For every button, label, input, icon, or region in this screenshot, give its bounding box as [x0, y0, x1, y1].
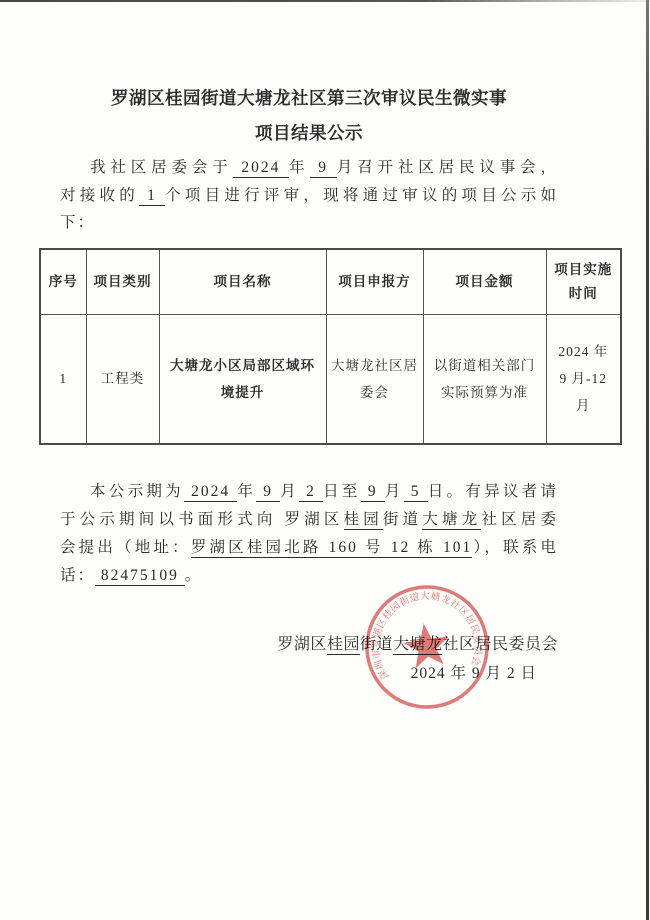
text-segment: 月	[385, 483, 404, 500]
header-cell-category: 项目类别	[86, 249, 159, 315]
scan-edge-top	[0, 0, 650, 2]
cell-amount: 以街道相关部门实际预算为准	[423, 314, 546, 444]
document-content: 罗湖区桂园街道大塘龙社区第三次审议民生微实事 项目结果公示 我社区居委会于 20…	[0, 0, 650, 685]
text-segment: 对接收的	[60, 187, 139, 204]
official-seal: 深圳市罗湖区桂园街道大塘龙社区居民委员会	[342, 562, 511, 731]
cell-time: 2024 年 9 月-12 月	[546, 314, 621, 444]
text-segment: 会提出（地址：	[60, 539, 191, 556]
text-segment: 本公示期为	[90, 483, 184, 500]
underlined-segment: 大塘龙	[422, 511, 481, 530]
doc-title-line2: 项目结果公示	[60, 121, 558, 145]
text-segment: 街道	[383, 511, 422, 528]
header-cell-applicant: 项目申报方	[326, 249, 423, 315]
underlined-segment: 9	[256, 483, 280, 502]
header-cell-time: 项目实施时间	[546, 249, 621, 315]
seal-star-icon	[401, 620, 452, 669]
header-cell-amount: 项目金额	[423, 249, 546, 315]
cell-no: 1	[40, 314, 86, 444]
text-segment: 月召开社区居民议事会，	[337, 159, 558, 176]
text-segment: 年	[237, 483, 256, 500]
underlined-segment: 82475109	[95, 567, 185, 586]
notice-line-3: 会提出（地址：罗湖区桂园北路 160 号 12 栋 101），联系电	[60, 534, 558, 562]
doc-title-line1: 罗湖区桂园街道大塘龙社区第三次审议民生微实事	[60, 86, 558, 110]
underlined-segment: 5	[404, 483, 428, 502]
cell-time-line1: 2024 年	[551, 338, 617, 365]
text-segment: 罗湖区	[277, 636, 327, 653]
underlined-segment: 1	[139, 187, 165, 206]
text-segment: 年	[289, 159, 309, 176]
underlined-segment: 罗湖区桂园北路 160 号 12 栋 101	[191, 539, 472, 558]
text-segment: 于公示期间以书面形式向 罗湖区	[60, 511, 344, 528]
cell-applicant: 大塘龙社区居委会	[326, 314, 423, 444]
text-segment: 日。有异议者请	[428, 483, 558, 500]
table-row: 1 工程类 大塘龙小区局部区域环境提升 大塘龙社区居委会 以街道相关部门实际预算…	[40, 314, 621, 444]
underlined-segment: 9	[310, 159, 337, 178]
underlined-segment: 2024	[184, 483, 237, 502]
notice-line-1: 本公示期为 2024 年 9 月 2 日至 9 月 5 日。有异议者请	[60, 478, 558, 506]
intro-line-1: 我社区居委会于 2024 年 9 月召开社区居民议事会，	[60, 154, 558, 182]
text-segment: 个项目进行评审，现将通过审议的项目公示如	[165, 187, 558, 204]
header-cell-name: 项目名称	[159, 249, 326, 315]
scanned-notice-page: 罗湖区桂园街道大塘龙社区第三次审议民生微实事 项目结果公示 我社区居委会于 20…	[0, 0, 650, 920]
text-segment: 下：	[60, 214, 95, 231]
cell-category: 工程类	[86, 314, 159, 444]
underlined-segment: 桂园	[344, 511, 383, 530]
underlined-segment: 9	[361, 483, 385, 502]
text-segment: 话：	[60, 567, 95, 584]
intro-line-3: 下：	[60, 209, 558, 237]
header-cell-no: 序号	[40, 249, 86, 315]
cell-time-line2: 9 月-12 月	[551, 365, 617, 419]
text-segment: 社区居委	[481, 511, 558, 528]
scan-edge-right	[646, 0, 649, 920]
text-segment: 日至	[323, 483, 361, 500]
table-header-row: 序号 项目类别 项目名称 项目申报方 项目金额 项目实施时间	[40, 249, 621, 315]
text-segment: ），联系电	[472, 539, 558, 556]
text-segment: 我社区居委会于	[90, 159, 233, 176]
intro-line-2: 对接收的 1 个项目进行评审，现将通过审议的项目公示如	[60, 182, 558, 210]
notice-line-2: 于公示期间以书面形式向 罗湖区桂园街道大塘龙社区居委	[60, 506, 558, 534]
underlined-segment: 2	[299, 483, 323, 502]
text-segment: 月	[280, 483, 299, 500]
intro-paragraph: 我社区居委会于 2024 年 9 月召开社区居民议事会， 对接收的 1 个项目进…	[60, 154, 558, 237]
cell-project-name: 大塘龙小区局部区域环境提升	[159, 314, 326, 444]
project-table: 序号 项目类别 项目名称 项目申报方 项目金额 项目实施时间 1 工程类 大塘龙…	[39, 248, 622, 445]
underlined-segment: 2024	[233, 159, 290, 178]
text-segment: 。	[185, 567, 203, 584]
